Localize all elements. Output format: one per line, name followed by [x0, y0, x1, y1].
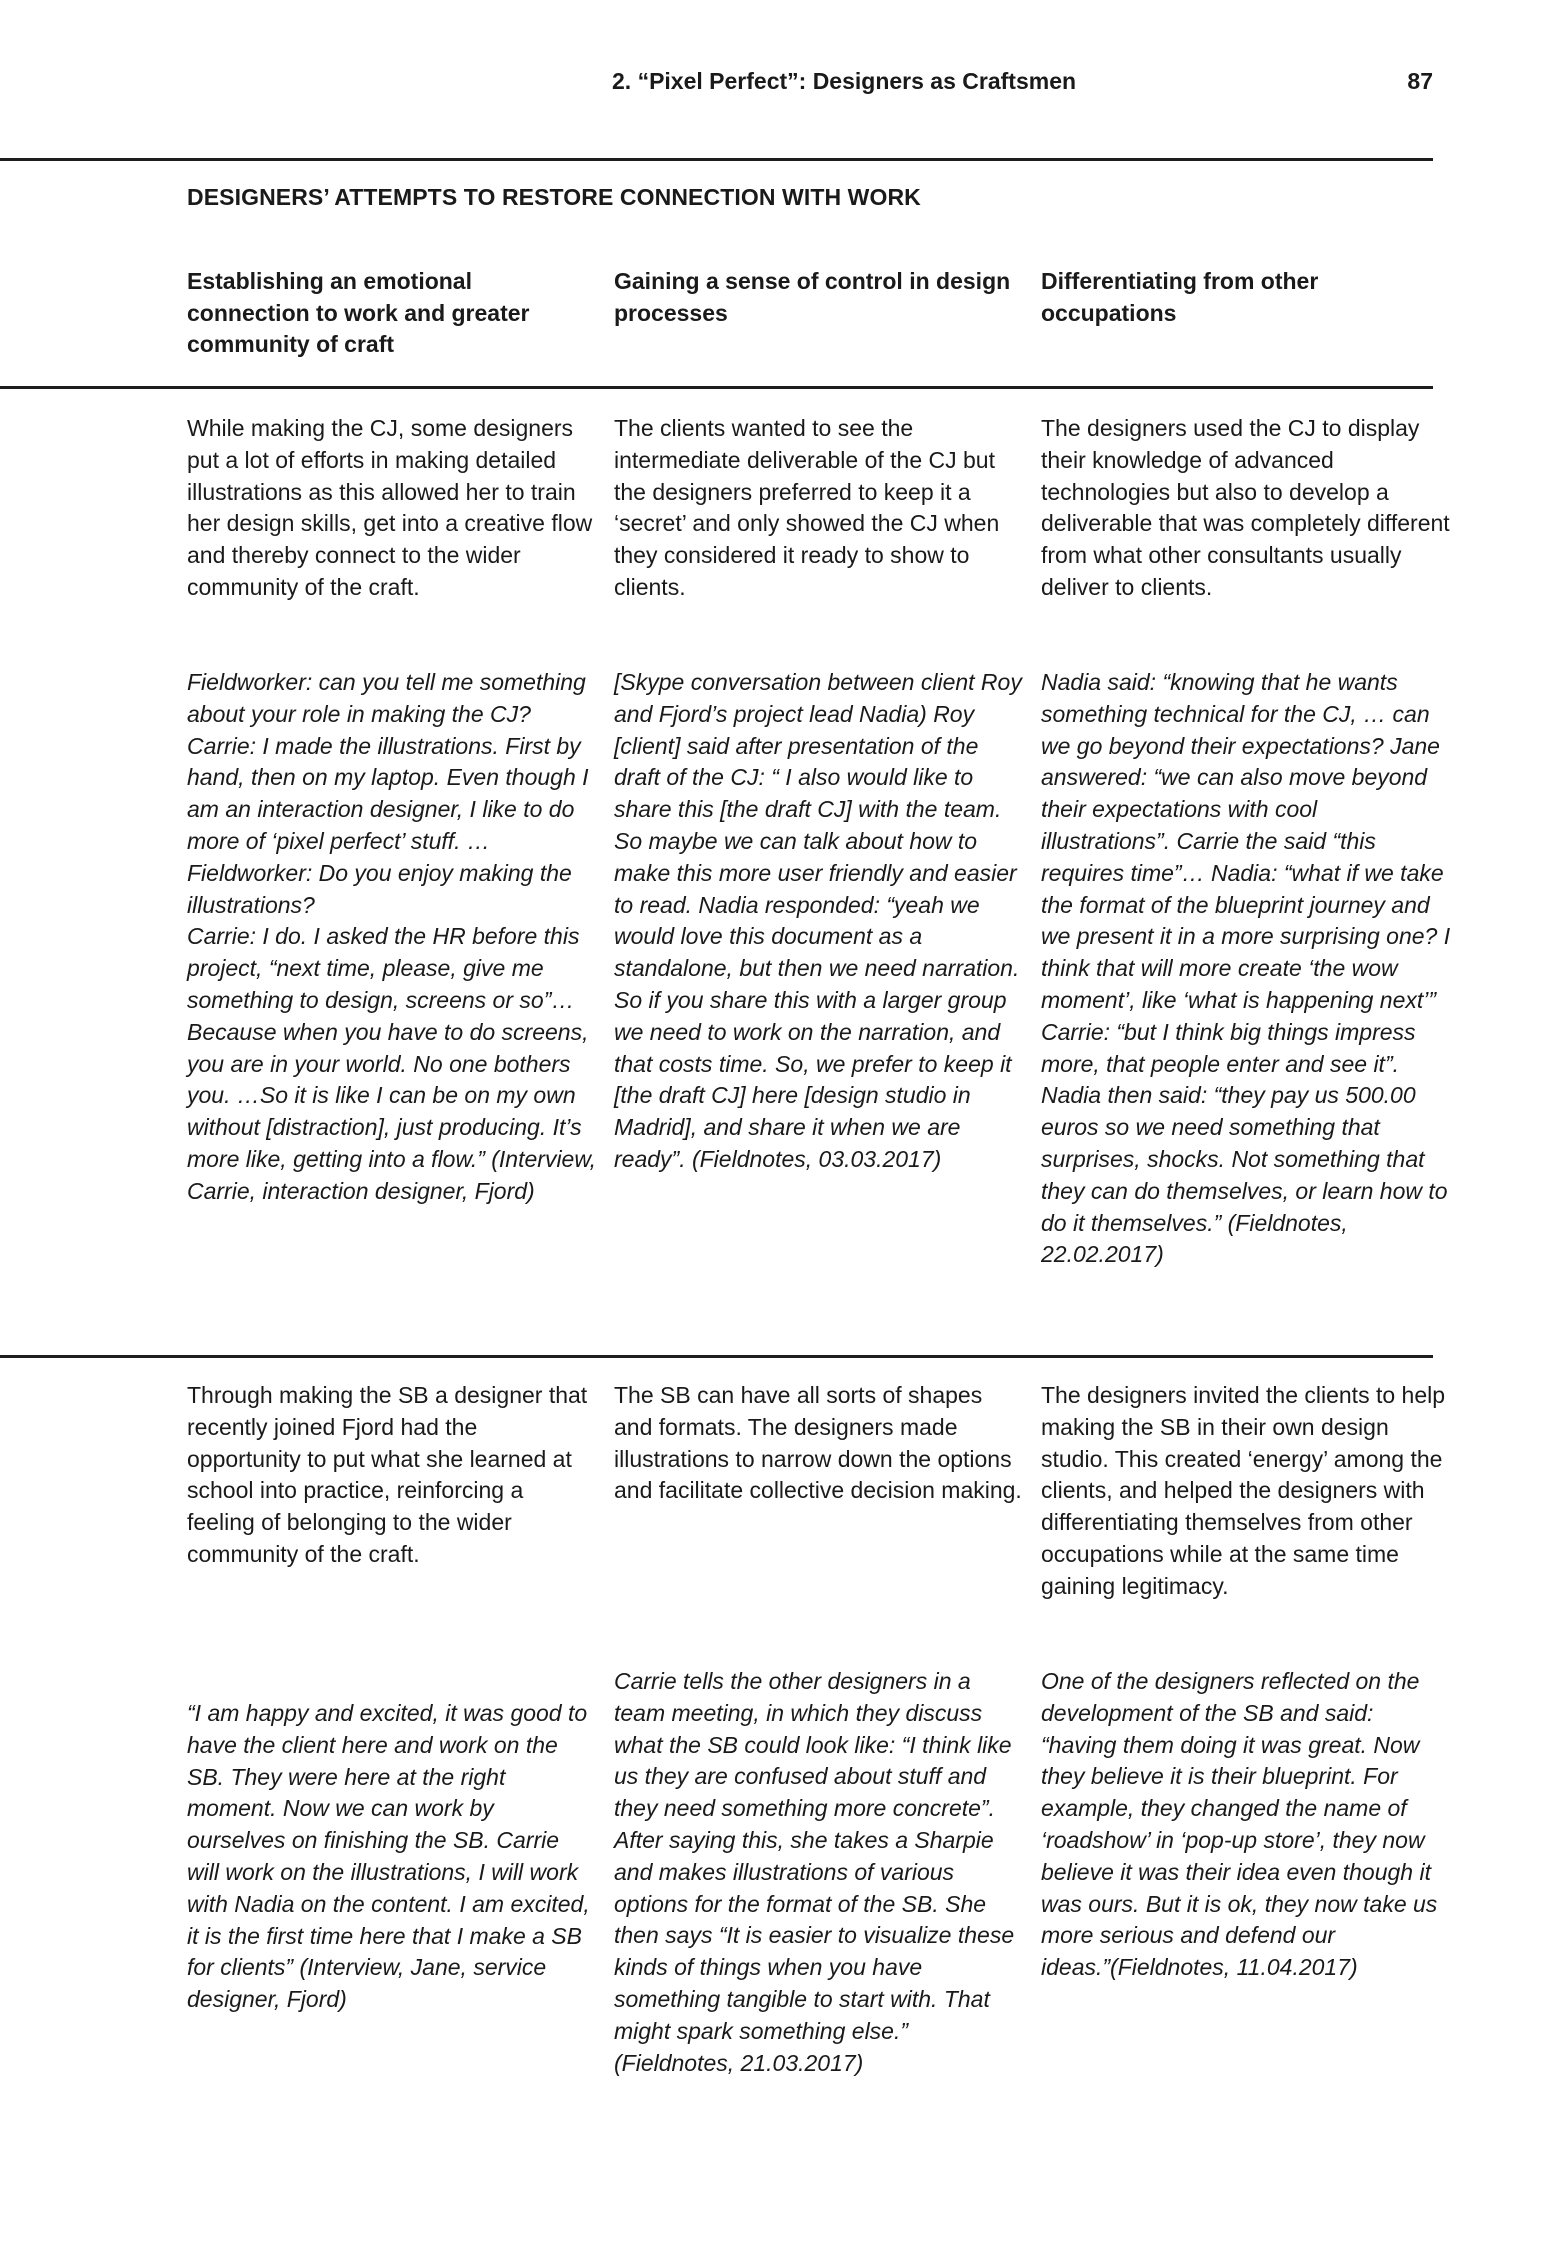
- row1-quote-col2: [Skype conversation between cli­ent Roy …: [614, 667, 1024, 1176]
- column-header-differentiating: Differentiating from other occupations: [1041, 266, 1451, 329]
- row2-quote-col1: “I am happy and excited, it was good to …: [187, 1698, 597, 2016]
- column-header-sense-of-control: Gaining a sense of control in design pro…: [614, 266, 1024, 329]
- table-title: DESIGNERS’ ATTEMPTS TO RESTORE CONNECTIO…: [187, 184, 921, 211]
- row2-quote-col2: Carrie tells the other designers in a te…: [614, 1666, 1024, 2079]
- row1-summary-col1: While making the CJ, some designers put …: [187, 413, 597, 604]
- top-rule: [0, 158, 1433, 161]
- row-divider-rule: [0, 1355, 1433, 1358]
- running-head: 2. “Pixel Perfect”: Designers as Craftsm…: [612, 68, 1076, 95]
- row2-summary-col1: Through making the SB a design­er that r…: [187, 1380, 597, 1571]
- row1-summary-col3: The designers used the CJ to dis­play th…: [1041, 413, 1451, 604]
- row2-quote-col3: One of the designers reflected on the de…: [1041, 1666, 1451, 1984]
- row1-quote-col1: Fieldworker: can you tell me something a…: [187, 667, 597, 1208]
- row2-summary-col2: The SB can have all sorts of shapes and …: [614, 1380, 1024, 1507]
- page-number: 87: [1400, 68, 1433, 95]
- header-rule: [0, 386, 1433, 389]
- column-header-emotional-connection: Establishing an emotional connection to …: [187, 266, 597, 361]
- row2-summary-col3: The designers invited the clients to hel…: [1041, 1380, 1451, 1603]
- row1-summary-col2: The clients wanted to see the intermedia…: [614, 413, 1024, 604]
- row1-quote-col3: Nadia said: “knowing that he wants somet…: [1041, 667, 1451, 1271]
